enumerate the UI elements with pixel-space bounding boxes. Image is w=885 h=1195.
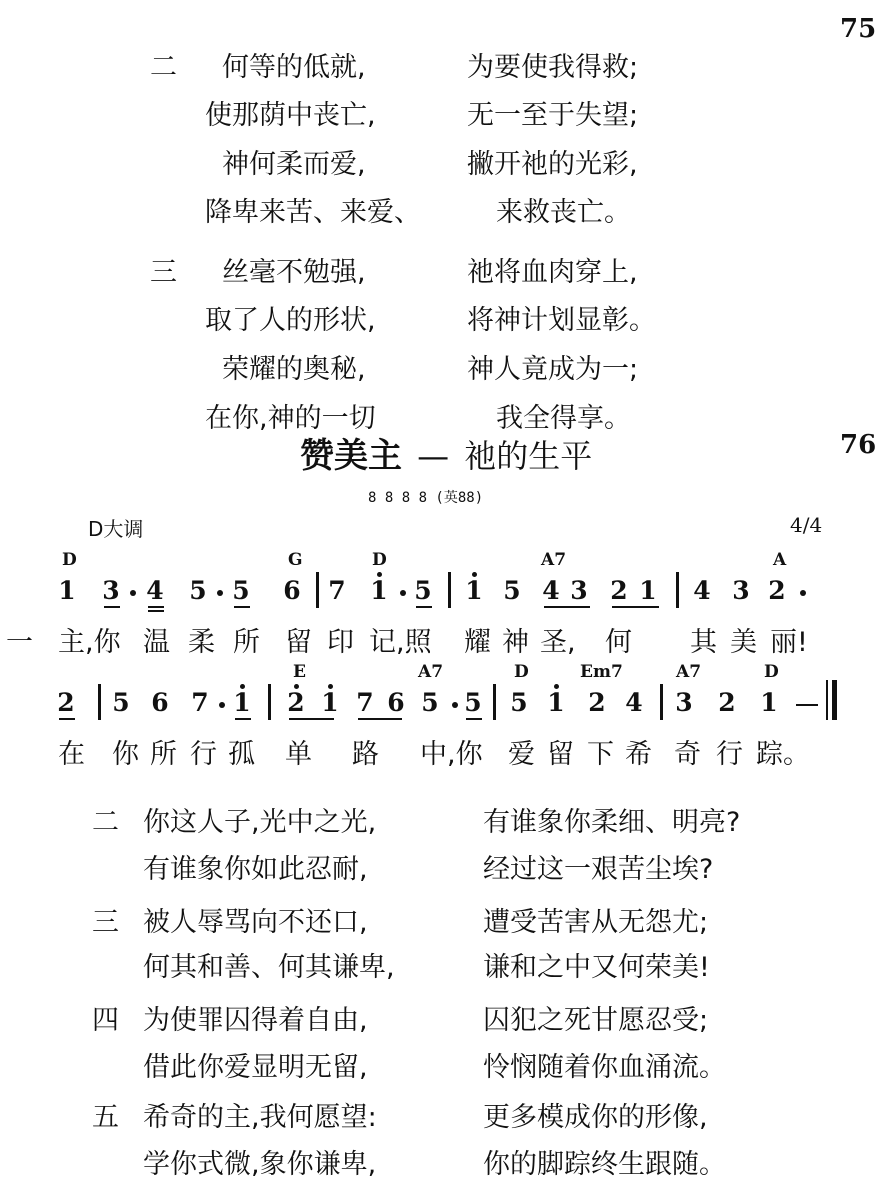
sung-lyric: 记,照 [369,620,432,659]
note: 4 [691,576,713,605]
lyric-line-right: 有谁象你柔细、明亮? [483,800,740,839]
note: 2 [608,576,630,605]
sung-lyric: 路 [352,732,379,771]
time-signature: 4/4 [790,513,822,537]
lyric-line-right: 神人竟成为一; [467,347,638,386]
dot-duration [452,702,458,708]
sung-lyric: 希 [625,732,652,771]
lyric-line-right: 怜悯随着你血涌流。 [483,1045,726,1084]
beam [358,718,402,720]
note: 4 [144,576,166,605]
chord-symbol: G [288,550,303,570]
note: 7 [189,688,211,717]
sung-lyric: 神 [502,620,529,659]
stanza-number: 一 [6,620,33,659]
note: 1 [545,688,567,717]
note: 2 [285,688,307,717]
sung-lyric: 印 [327,620,354,659]
lyric-line-right: 囚犯之死甘愿忍受; [483,998,708,1037]
chord-symbol: D [62,550,77,570]
chord-symbol: A7 [541,550,566,570]
chord-symbol: D [514,662,529,682]
octave-dot [294,684,299,689]
note: 4 [623,688,645,717]
lyric-line-right: 祂将血肉穿上, [467,250,638,289]
note: 1 [463,576,485,605]
barline [268,684,271,720]
barline [676,572,679,608]
note: 1 [56,576,78,605]
note: 5 [412,576,434,605]
note: 1 [758,688,780,717]
lyric-line-left: 何其和善、何其谦卑, [143,945,395,984]
stanza-number: 三 [92,900,119,939]
lyric-line-left: 丝毫不勉强, [222,250,366,289]
chord-symbol: A7 [676,662,701,682]
beam [612,606,659,608]
sung-lyric: 耀 [464,620,491,659]
hymn-title-sub: 祂的生平 [464,437,592,475]
lyric-line-left: 何等的低就, [222,45,366,84]
lyric-line-right: 遭受苦害从无怨尤; [483,900,708,939]
barline [660,684,663,720]
octave-dot [472,572,477,577]
octave-dot [328,684,333,689]
dot-duration [130,590,136,596]
underline [466,718,482,720]
lyric-line-left: 降卑来苦、来爱、 [205,190,421,229]
note: 6 [385,688,407,717]
octave-dot [554,684,559,689]
stanza-number: 三 [150,250,177,289]
underline [416,606,432,608]
lyric-line-right: 将神计划显彰。 [467,298,656,337]
lyric-line-right: 谦和之中又何荣美! [483,945,710,984]
dot-duration [400,590,406,596]
octave-dot [240,684,245,689]
sung-lyric: 丽! [770,620,808,659]
note: 3 [100,576,122,605]
beam [289,718,334,720]
sung-lyric: 孤 [228,732,255,771]
underline [104,606,120,608]
dot-duration [217,590,223,596]
note: 3 [673,688,695,717]
note: 6 [281,576,303,605]
sung-lyric: 圣, [540,620,576,659]
lyric-line-right: 无一至于失望; [467,93,638,132]
lyric-line-left: 神何柔而爱, [222,142,366,181]
lyric-line-right: 撇开祂的光彩, [467,142,638,181]
chord-symbol: D [372,550,387,570]
sung-lyric: 爱 [508,732,535,771]
final-barline-thick [832,680,837,720]
note: 5 [110,688,132,717]
chord-symbol: Em7 [580,662,623,682]
note: 3 [568,576,590,605]
stanza-number: 二 [92,800,119,839]
sung-lyric: 柔 [188,620,215,659]
sung-lyric: 奇 [674,732,701,771]
sung-lyric: 你 [112,732,139,771]
lyric-line-right: 为要使我得救; [467,45,638,84]
octave-dot [377,572,382,577]
note: 5 [187,576,209,605]
stanza-number: 四 [92,998,119,1037]
sung-lyric: 行 [190,732,217,771]
sung-lyric: 所 [233,620,260,659]
note: 2 [586,688,608,717]
underline [148,606,164,608]
lyric-line-left: 借此你爱显明无留, [143,1045,368,1084]
chord-symbol: A [773,550,786,570]
note: 7 [326,576,348,605]
final-barline-thin [826,680,828,720]
underline [235,718,251,720]
lyric-line-left: 荣耀的奥秘, [222,347,366,386]
underline [148,610,164,612]
dot-duration [800,590,806,596]
note: 1 [637,576,659,605]
lyric-line-right: 经过这一艰苦尘埃? [483,847,713,886]
sung-lyric: 踪。 [756,732,810,771]
note: 6 [149,688,171,717]
lyric-line-right: 来救丧亡。 [496,190,631,229]
note: 1 [319,688,341,717]
dot-duration [219,702,225,708]
sung-lyric: 留 [547,732,574,771]
stanza-number: 五 [92,1095,119,1134]
chord-symbol: E [293,662,306,682]
lyric-line-left: 你这人子,光中之光, [143,800,376,839]
note: 5 [508,688,530,717]
lyric-line-left: 为使罪囚得着自由, [143,998,368,1037]
barline [316,572,319,608]
note: 5 [501,576,523,605]
sung-lyric: 所 [150,732,177,771]
sung-lyric: 中,你 [420,732,483,771]
hymn-title-dash: — [417,437,449,475]
hymn-title-main: 赞美主 [300,436,402,476]
hymn-number-76: 76 [840,430,876,460]
lyric-line-left: 被人辱骂向不还口, [143,900,368,939]
note: 1 [368,576,390,605]
sung-lyric: 其 [690,620,717,659]
score-line-2: EA7DEm7A7D256712176555124321在你所行孤单路中,你爱留… [0,0,885,1]
stanza-number: 二 [150,45,177,84]
chord-symbol: A7 [418,662,443,682]
note: 3 [730,576,752,605]
sung-lyric: 行 [716,732,743,771]
hymn-number-75: 75 [840,14,876,44]
hymn-title: 赞美主 — 祂的生平 [300,428,592,477]
note: 2 [55,688,77,717]
note: 5 [230,576,252,605]
lyric-line-left: 使那荫中丧亡, [205,93,376,132]
sung-lyric: 温 [143,620,170,659]
underline [234,606,250,608]
dash-hold [796,704,818,706]
lyric-line-left: 希奇的主,我何愿望: [143,1095,377,1134]
lyric-line-right: 你的脚踪终生跟随。 [483,1142,726,1181]
beam [544,606,590,608]
lyric-line-left: 学你式微,象你谦卑, [143,1142,376,1181]
sung-lyric: 何 [605,620,632,659]
barline [448,572,451,608]
note: 2 [766,576,788,605]
note: 2 [716,688,738,717]
key-signature: D大调 [88,513,143,542]
note: 5 [419,688,441,717]
lyric-line-right: 更多模成你的形像, [483,1095,708,1134]
note: 4 [540,576,562,605]
note: 5 [462,688,484,717]
lyric-line-left: 有谁象你如此忍耐, [143,847,368,886]
chord-symbol: D [764,662,779,682]
sung-lyric: 留 [285,620,312,659]
sung-lyric: 在 [58,732,85,771]
barline [98,684,101,720]
barline [493,684,496,720]
hymn-meter: 8 8 8 8 (英88) [368,487,483,507]
note: 7 [354,688,376,717]
sung-lyric: 下 [587,732,614,771]
note: 1 [231,688,253,717]
sung-lyric: 单 [285,732,312,771]
lyric-line-left: 取了人的形状, [205,298,376,337]
underline [59,718,75,720]
sung-lyric: 主,你 [58,620,121,659]
sung-lyric: 美 [730,620,757,659]
